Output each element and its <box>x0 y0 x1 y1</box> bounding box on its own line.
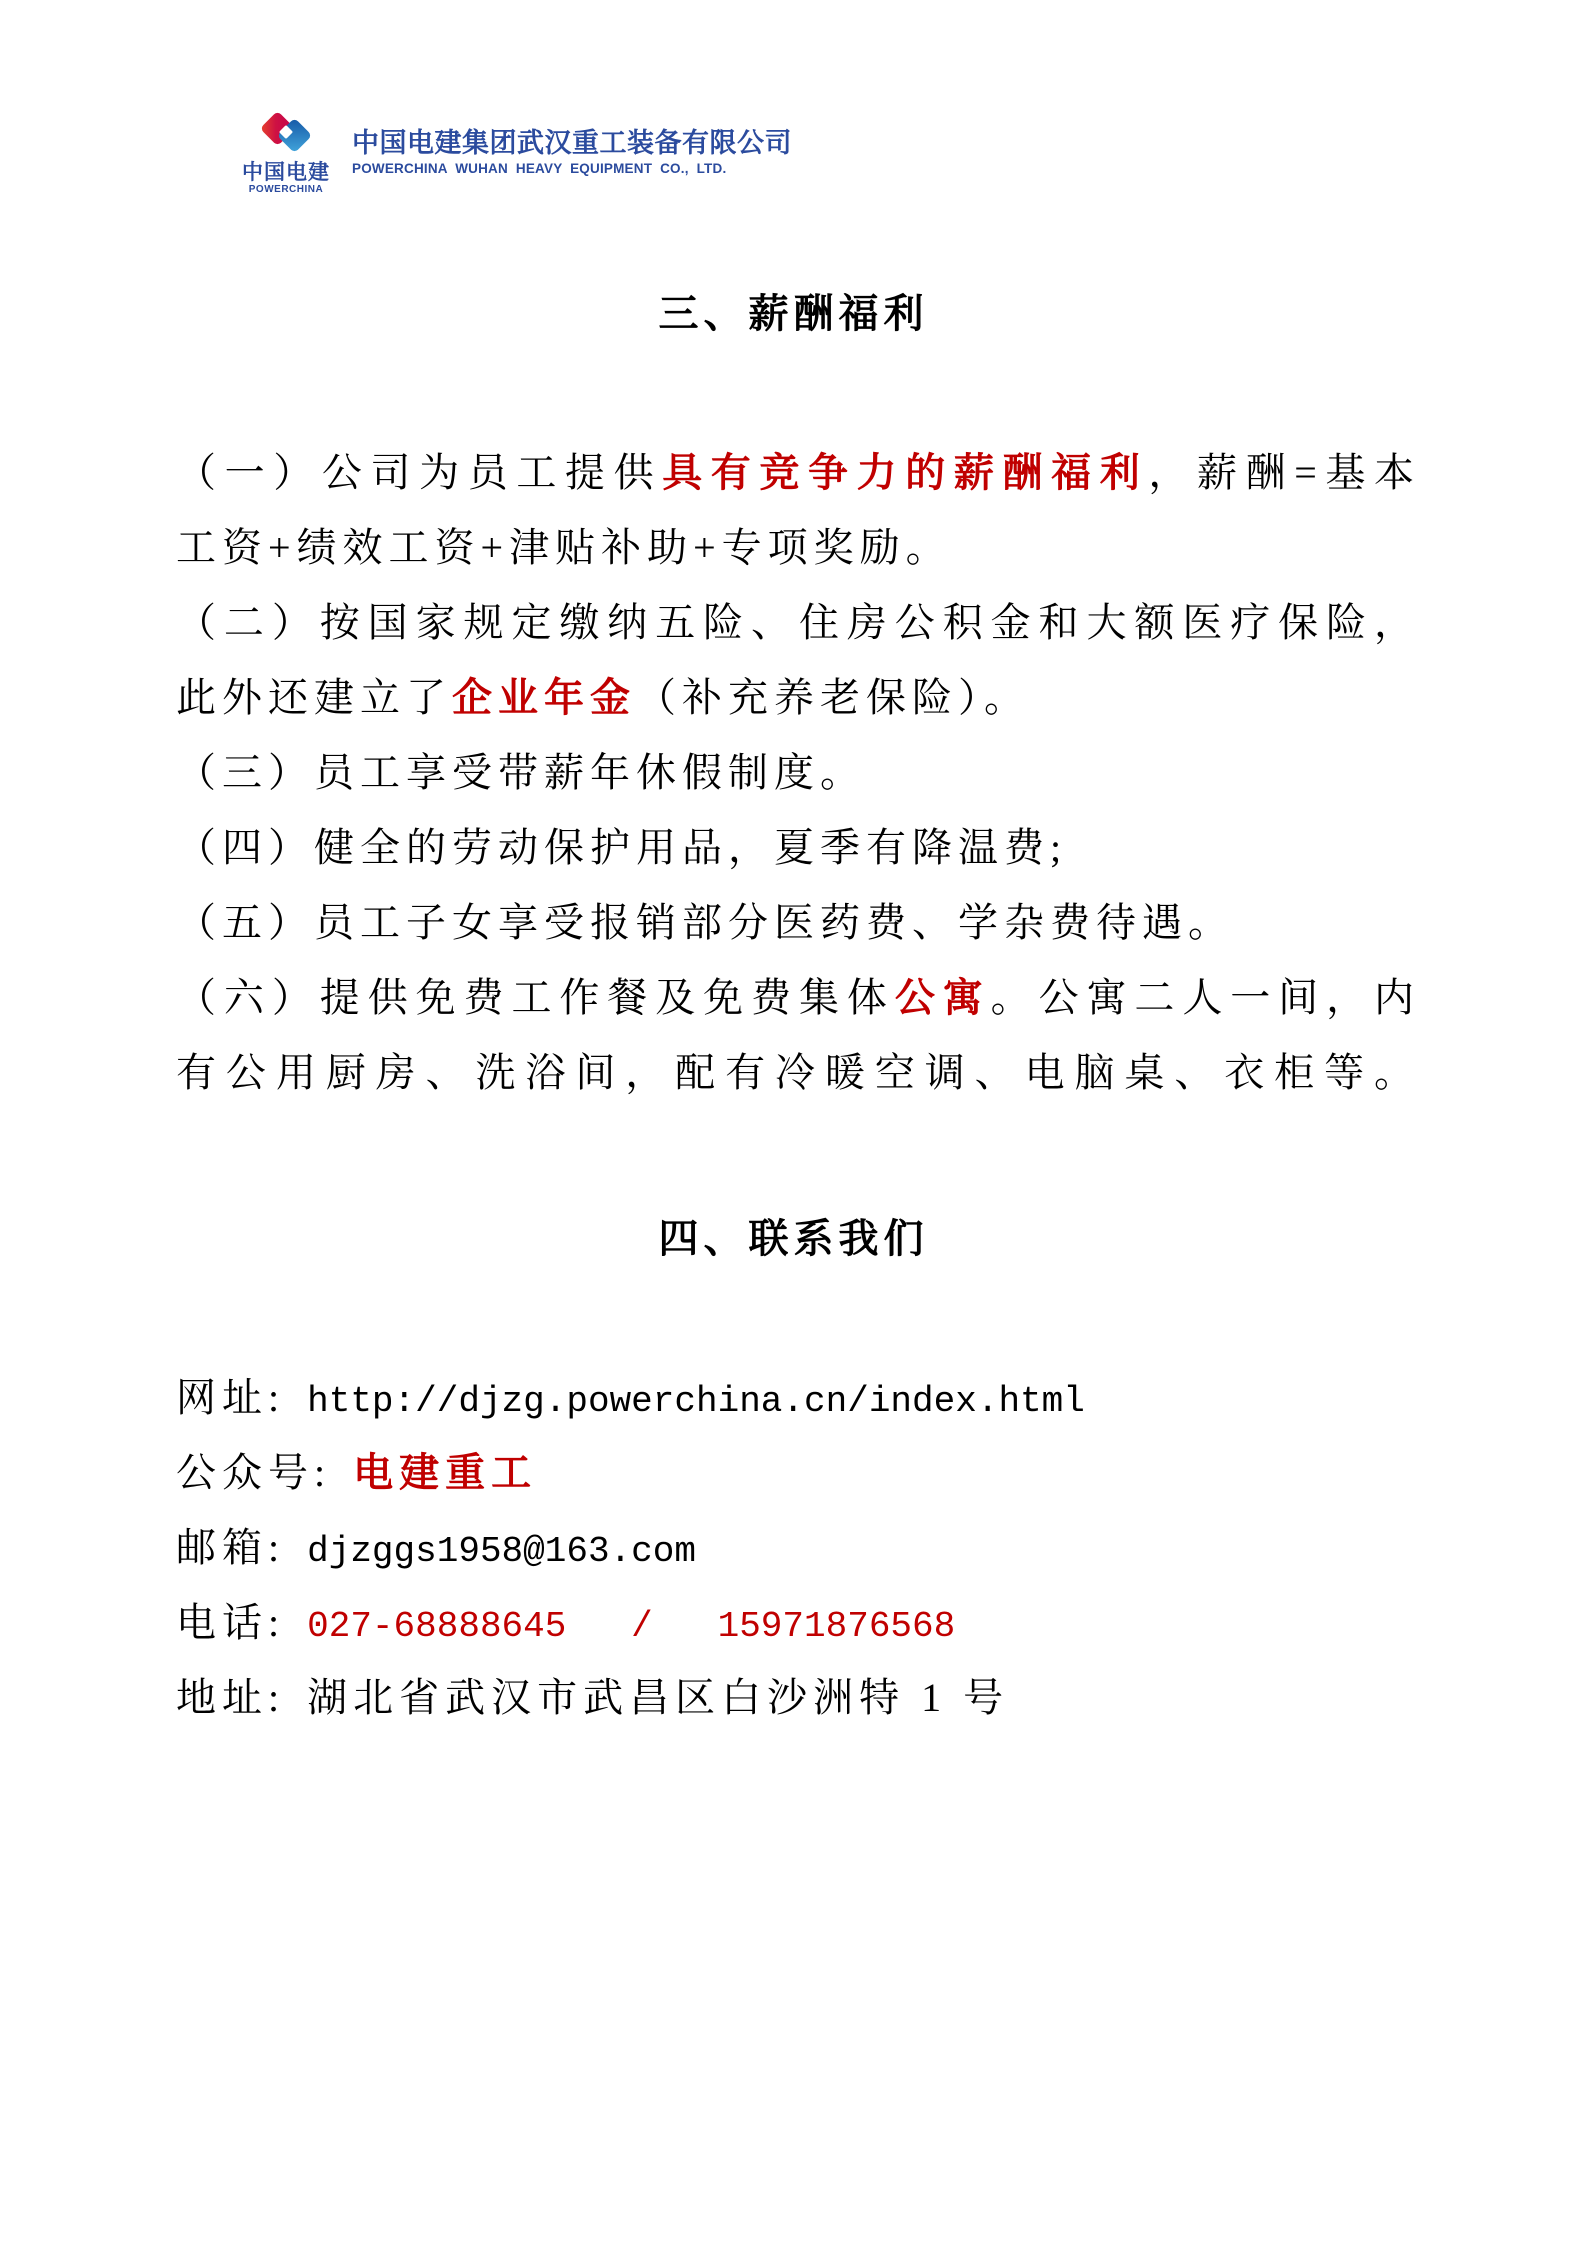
postal-address: 湖北省武汉市武昌区白沙洲特 1 号 <box>307 1675 1009 1720</box>
document-page: 中国电建 POWERCHINA 中国电建集团武汉重工装备有限公司 POWERCH… <box>0 0 1587 2245</box>
phone-numbers: 027-68888645 / 15971876568 <box>307 1606 955 1647</box>
contact-label: 电话: <box>176 1600 285 1645</box>
text-segment: （四）健全的劳动保护用品，夏季有降温费; <box>176 825 1067 870</box>
section-salary-heading: 三、薪酬福利 <box>0 290 1587 338</box>
highlight-text: 具有竞争力的薪酬福利 <box>662 450 1148 495</box>
text-segment: （一）公司为员工提供 <box>176 450 662 495</box>
website-url: http://djzg.powerchina.cn/index.html <box>307 1381 1085 1422</box>
highlight-text: 企业年金 <box>452 675 636 720</box>
text-segment: 。公寓二人一间，内 <box>991 975 1420 1020</box>
paragraph-3: （三）员工享受带薪年休假制度。 <box>176 735 1420 810</box>
paragraph-5: （五）员工子女享受报销部分医药费、学杂费待遇。 <box>176 885 1420 960</box>
contact-address-row: 地址:湖北省武汉市武昌区白沙洲特 1 号 <box>176 1660 1420 1735</box>
contact-email-row: 邮箱:djzggs1958@163.com <box>176 1510 1420 1585</box>
contact-label: 网址: <box>176 1375 285 1420</box>
text-segment: 工资+绩效工资+津贴补助+专项奖励。 <box>176 525 952 570</box>
contact-label: 地址: <box>176 1675 285 1720</box>
salary-benefits-body: （一）公司为员工提供具有竞争力的薪酬福利，薪酬=基本 工资+绩效工资+津贴补助+… <box>176 435 1420 1110</box>
company-name-zh: 中国电建集团武汉重工装备有限公司 <box>352 128 792 158</box>
email-address: djzggs1958@163.com <box>307 1531 696 1572</box>
highlight-text: 公寓 <box>895 975 991 1020</box>
paragraph-4: （四）健全的劳动保护用品，夏季有降温费; <box>176 810 1420 885</box>
company-name-en: POWERCHINA WUHAN HEAVY EQUIPMENT CO., LT… <box>352 161 792 177</box>
section-contact-heading: 四、联系我们 <box>0 1215 1587 1263</box>
paragraph-6-line-1: （六）提供免费工作餐及免费集体公寓。公寓二人一间，内 <box>176 960 1420 1035</box>
paragraph-6-line-2: 有公用厨房、洗浴间，配有冷暖空调、电脑桌、衣柜等。 <box>176 1035 1420 1110</box>
powerchina-logo-icon <box>257 104 315 162</box>
contact-website-row: 网址:http://djzg.powerchina.cn/index.html <box>176 1360 1420 1435</box>
text-segment: （五）员工子女享受报销部分医药费、学杂费待遇。 <box>176 900 1234 945</box>
logo-en-label: POWERCHINA <box>249 184 323 195</box>
contact-label: 邮箱: <box>176 1525 285 1570</box>
contact-phone-row: 电话:027-68888645 / 15971876568 <box>176 1585 1420 1660</box>
text-segment: 此外还建立了 <box>176 675 452 720</box>
text-segment: （六）提供免费工作餐及免费集体 <box>176 975 895 1020</box>
contact-wechat-row: 公众号:电建重工 <box>176 1435 1420 1510</box>
paragraph-1-line-1: （一）公司为员工提供具有竞争力的薪酬福利，薪酬=基本 <box>176 435 1420 510</box>
company-name-block: 中国电建集团武汉重工装备有限公司 POWERCHINA WUHAN HEAVY … <box>352 104 792 177</box>
paragraph-2-line-2: 此外还建立了企业年金（补充养老保险）。 <box>176 660 1420 735</box>
powerchina-logo: 中国电建 POWERCHINA <box>244 104 328 195</box>
logo-zh-label: 中国电建 <box>242 162 330 184</box>
wechat-account-name: 电建重工 <box>353 1450 537 1495</box>
contact-label: 公众号: <box>176 1450 331 1495</box>
paragraph-2-line-1: （二）按国家规定缴纳五险、住房公积金和大额医疗保险， <box>176 585 1420 660</box>
text-segment: （二）按国家规定缴纳五险、住房公积金和大额医疗保险， <box>176 600 1420 645</box>
company-logo-header: 中国电建 POWERCHINA 中国电建集团武汉重工装备有限公司 POWERCH… <box>244 104 792 195</box>
text-segment: 有公用厨房、洗浴间，配有冷暖空调、电脑桌、衣柜等。 <box>176 1050 1420 1095</box>
paragraph-1-line-2: 工资+绩效工资+津贴补助+专项奖励。 <box>176 510 1420 585</box>
text-segment: ，薪酬=基本 <box>1148 450 1420 495</box>
text-segment: （补充养老保险）。 <box>636 675 1030 720</box>
contact-info-block: 网址:http://djzg.powerchina.cn/index.html … <box>176 1360 1420 1735</box>
text-segment: （三）员工享受带薪年休假制度。 <box>176 750 866 795</box>
